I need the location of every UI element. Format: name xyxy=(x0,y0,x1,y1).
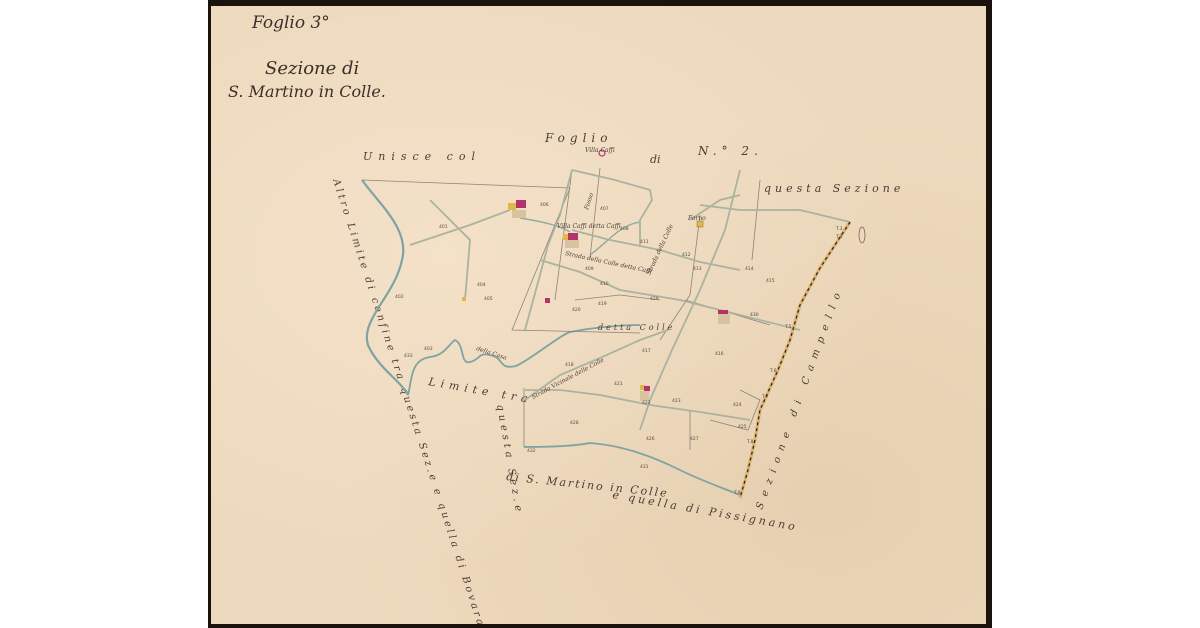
label-north-2: Foglio xyxy=(544,131,612,145)
svg-text:T.7: T.7 xyxy=(761,394,769,400)
cadastral-map: Foglio 3° Sezione di S. Martino in Colle… xyxy=(0,0,1200,628)
svg-text:402: 402 xyxy=(395,294,404,300)
svg-text:422: 422 xyxy=(642,400,651,406)
label-north-4: di xyxy=(650,153,661,166)
svg-text:419: 419 xyxy=(598,301,607,307)
svg-text:T.9: T.9 xyxy=(733,490,741,496)
svg-text:T.4: T.4 xyxy=(835,234,843,240)
svg-text:418: 418 xyxy=(565,362,574,368)
svg-text:426: 426 xyxy=(646,436,655,442)
label-north-3: N.° 2. xyxy=(697,144,763,158)
label-villa-north: Villa Caffi xyxy=(585,147,615,154)
svg-text:401: 401 xyxy=(439,224,448,230)
svg-text:428: 428 xyxy=(570,420,579,426)
svg-text:405: 405 xyxy=(484,296,493,302)
svg-text:412: 412 xyxy=(682,252,691,258)
svg-text:406: 406 xyxy=(540,202,549,208)
parcel-lines xyxy=(362,168,770,450)
svg-text:415: 415 xyxy=(766,278,775,284)
svg-text:T.8: T.8 xyxy=(746,439,754,445)
svg-text:410: 410 xyxy=(600,281,609,287)
svg-text:429: 429 xyxy=(650,296,659,302)
svg-text:416: 416 xyxy=(715,351,724,357)
label-southwest-1: Limite tra xyxy=(426,375,533,406)
svg-text:427: 427 xyxy=(690,436,699,442)
svg-text:417: 417 xyxy=(642,348,651,354)
foglio-label: Foglio 3° xyxy=(251,13,330,33)
label-road-7: Forno xyxy=(687,215,706,222)
svg-text:408: 408 xyxy=(620,226,629,232)
svg-text:T.5: T.5 xyxy=(784,324,792,330)
section-title-line2: S. Martino in Colle. xyxy=(228,82,386,101)
svg-text:425: 425 xyxy=(738,424,747,430)
svg-text:423: 423 xyxy=(672,398,681,404)
svg-text:407: 407 xyxy=(600,206,609,212)
svg-text:431: 431 xyxy=(640,464,649,470)
label-villa-center: Villa Caffi detta Caffi xyxy=(557,223,621,230)
svg-text:414: 414 xyxy=(745,266,754,272)
label-southwest-2: questa Sez.e xyxy=(494,404,524,516)
building-small-west xyxy=(545,298,550,303)
small-structure xyxy=(462,297,466,301)
svg-text:424: 424 xyxy=(733,402,742,408)
label-road-6: della Casa xyxy=(475,345,508,362)
svg-text:403: 403 xyxy=(424,346,433,352)
svg-text:411: 411 xyxy=(640,239,649,245)
svg-text:420: 420 xyxy=(572,307,581,313)
building-villa-north xyxy=(508,200,526,218)
svg-text:T.3: T.3 xyxy=(835,226,843,232)
svg-text:421: 421 xyxy=(614,381,623,387)
building-south xyxy=(640,385,650,401)
svg-text:409: 409 xyxy=(585,266,594,272)
svg-text:T.6: T.6 xyxy=(769,368,777,374)
boundary-east-dashes xyxy=(740,222,850,498)
svg-text:432: 432 xyxy=(527,448,536,454)
label-road-4: Fosso xyxy=(583,192,595,212)
label-south-2: e quella di Pissignano xyxy=(611,488,798,533)
svg-text:430: 430 xyxy=(750,312,759,318)
svg-text:433: 433 xyxy=(404,353,413,359)
section-title-line1: Sezione di xyxy=(265,58,359,79)
label-north-1: Unisce col xyxy=(363,150,481,163)
svg-text:404: 404 xyxy=(477,282,486,288)
label-west: Altro Limite di confine tra questa Sez.e… xyxy=(330,177,486,628)
svg-text:413: 413 xyxy=(693,266,702,272)
label-road-3: detta Colle xyxy=(598,323,675,332)
building-villa-center xyxy=(563,233,579,248)
label-north-5: questa Sezione xyxy=(764,182,904,195)
boundary-east-fill xyxy=(740,222,850,498)
east-ornament xyxy=(859,227,865,243)
